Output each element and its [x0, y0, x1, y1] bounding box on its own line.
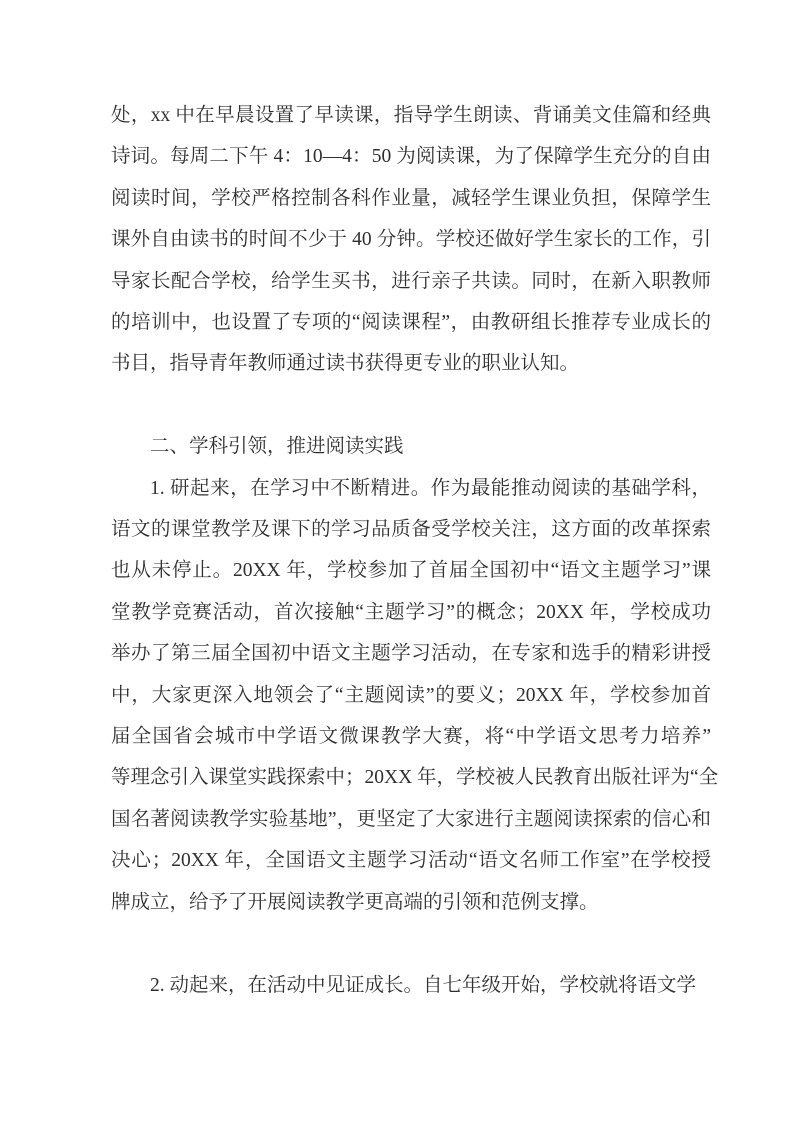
- paragraph-morning-reading: 处，xx 中在早晨设置了早读课，指导学生朗读、背诵美文佳篇和经典诗词。每周二下午…: [111, 95, 711, 385]
- text-line: 书目，指导青年教师通过读书获得更专业的职业认知。: [111, 343, 711, 384]
- text-line: 二、学科引领，推进阅读实践: [111, 426, 711, 467]
- section-heading-2: 二、学科引领，推进阅读实践: [111, 426, 711, 467]
- text-line: 等理念引入课堂实践探索中；20XX 年，学校被人民教育出版社评为“全: [111, 757, 711, 798]
- text-line: 堂教学竞赛活动，首次接触“主题学习”的概念；20XX 年，学校成功: [111, 592, 711, 633]
- text-line: 中，大家更深入地领会了“主题阅读”的要义；20XX 年，学校参加首: [111, 675, 711, 716]
- paragraph-research: 1. 研起来，在学习中不断精进。作为最能推动阅读的基础学科，语文的课堂教学及课下…: [111, 468, 711, 923]
- text-line: 牌成立，给予了开展阅读教学更高端的引领和范例支撑。: [111, 882, 711, 923]
- text-line: 课外自由读书的时间不少于 40 分钟。学校还做好学生家长的工作，引: [111, 219, 711, 260]
- text-line: 诗词。每周二下午 4：10—4：50 为阅读课，为了保障学生充分的自由: [111, 136, 711, 177]
- text-line: 决心；20XX 年，全国语文主题学习活动“语文名师工作室”在学校授: [111, 840, 711, 881]
- text-line: 处，xx 中在早晨设置了早读课，指导学生朗读、背诵美文佳篇和经典: [111, 95, 711, 136]
- paragraph-activity: 2. 动起来，在活动中见证成长。自七年级开始，学校就将语文学: [111, 965, 711, 1006]
- document-content: 处，xx 中在早晨设置了早读课，指导学生朗读、背诵美文佳篇和经典诗词。每周二下午…: [111, 95, 711, 1006]
- text-line: 举办了第三届全国初中语文主题学习活动，在专家和选手的精彩讲授: [111, 633, 711, 674]
- text-line: 也从未停止。20XX 年，学校参加了首届全国初中“语文主题学习”课: [111, 550, 711, 591]
- text-line: 阅读时间，学校严格控制各科作业量，减轻学生课业负担，保障学生: [111, 178, 711, 219]
- text-line: 2. 动起来，在活动中见证成长。自七年级开始，学校就将语文学: [111, 965, 711, 1006]
- text-line: 届全国省会城市中学语文微课教学大赛，将“中学语文思考力培养”: [111, 716, 711, 757]
- text-line: 的培训中，也设置了专项的“阅读课程”，由教研组长推荐专业成长的: [111, 302, 711, 343]
- text-line: 语文的课堂教学及课下的学习品质备受学校关注，这方面的改革探索: [111, 509, 711, 550]
- text-line: 国名著阅读教学实验基地”，更坚定了大家进行主题阅读探索的信心和: [111, 799, 711, 840]
- text-line: 1. 研起来，在学习中不断精进。作为最能推动阅读的基础学科，: [111, 468, 711, 509]
- text-line: 导家长配合学校，给学生买书，进行亲子共读。同时，在新入职教师: [111, 261, 711, 302]
- document-page: 处，xx 中在早晨设置了早读课，指导学生朗读、背诵美文佳篇和经典诗词。每周二下午…: [0, 0, 793, 1122]
